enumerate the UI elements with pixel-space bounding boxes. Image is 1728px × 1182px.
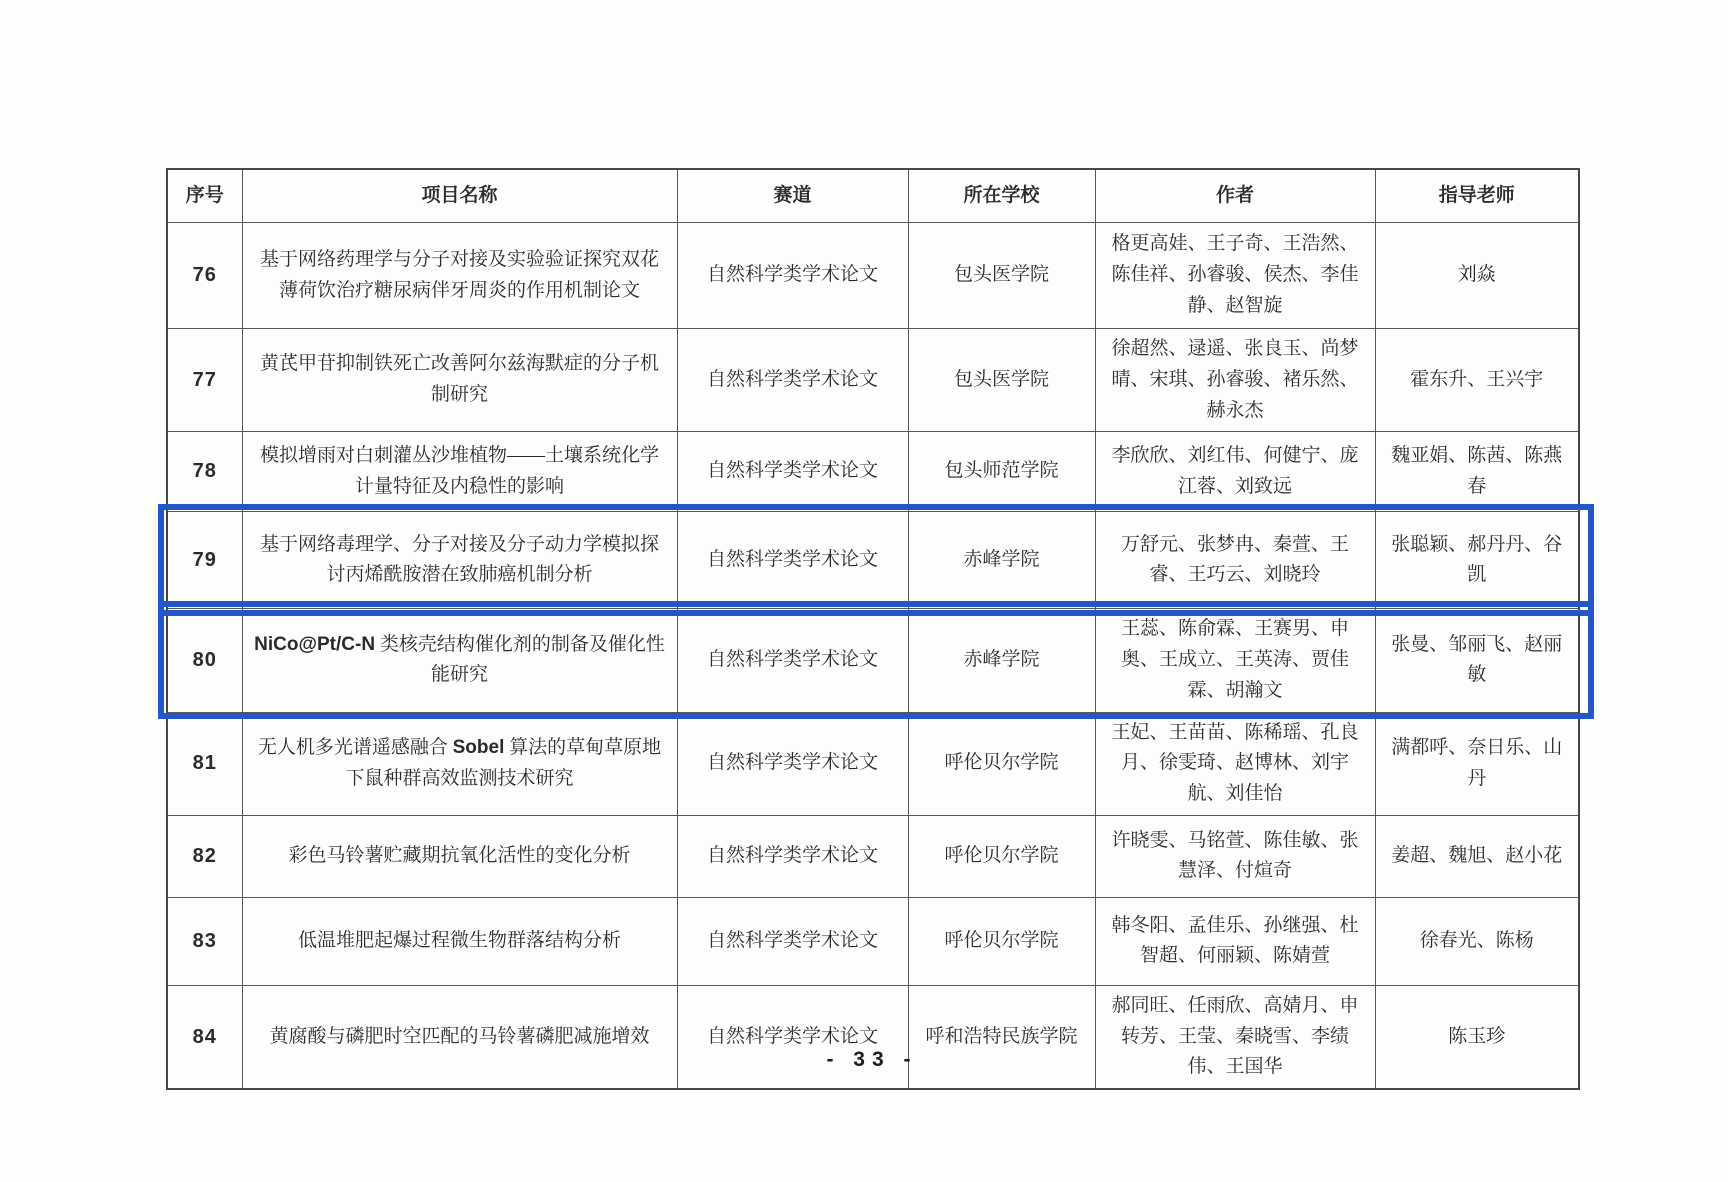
track-cell: 自然科学类学术论文 [677,712,908,815]
school-cell: 呼和浩特民族学院 [908,985,1095,1089]
serial-number-cell: 78 [167,432,242,512]
project-title-cell: 黄腐酸与磷肥时空匹配的马铃薯磷肥减施增效 [242,985,677,1089]
school-cell: 包头医学院 [908,223,1095,329]
header-school: 所在学校 [908,169,1095,223]
track-cell: 自然科学类学术论文 [677,512,908,609]
document-page: 序号 项目名称 赛道 所在学校 作者 指导老师 76 基于网络药理学与分子对接及… [0,0,1728,1182]
project-title-cell: NiCo@Pt/C-N 类核壳结构催化剂的制备及催化性能研究 [242,609,677,712]
table-header-row: 序号 项目名称 赛道 所在学校 作者 指导老师 [167,169,1579,223]
authors-cell: 王妃、王苗苗、陈稀瑶、孔良月、徐雯琦、赵博林、刘宇航、刘佳怡 [1095,712,1375,815]
table-row: 80 NiCo@Pt/C-N 类核壳结构催化剂的制备及催化性能研究 自然科学类学… [167,609,1579,712]
project-title-cell: 低温堆肥起爆过程微生物群落结构分析 [242,897,677,985]
authors-cell: 李欣欣、刘红伟、何健宁、庞江蓉、刘致远 [1095,432,1375,512]
advisors-cell: 陈玉珍 [1375,985,1579,1089]
track-cell: 自然科学类学术论文 [677,815,908,897]
header-authors: 作者 [1095,169,1375,223]
project-title-cell: 彩色马铃薯贮藏期抗氧化活性的变化分析 [242,815,677,897]
advisors-cell: 徐春光、陈杨 [1375,897,1579,985]
project-title-cell: 模拟增雨对白刺灌丛沙堆植物——土壤系统化学计量特征及内稳性的影响 [242,432,677,512]
serial-number-cell: 76 [167,223,242,329]
advisors-cell: 姜超、魏旭、赵小花 [1375,815,1579,897]
table-row: 78 模拟增雨对白刺灌丛沙堆植物——土壤系统化学计量特征及内稳性的影响 自然科学… [167,432,1579,512]
header-serial-number: 序号 [167,169,242,223]
authors-cell: 韩冬阳、孟佳乐、孙继强、杜智超、何丽颖、陈婧萱 [1095,897,1375,985]
serial-number-cell: 82 [167,815,242,897]
school-cell: 呼伦贝尔学院 [908,897,1095,985]
table-row: 79 基于网络毒理学、分子对接及分子动力学模拟探讨丙烯酰胺潜在致肺癌机制分析 自… [167,512,1579,609]
track-cell: 自然科学类学术论文 [677,329,908,432]
school-cell: 包头医学院 [908,329,1095,432]
authors-cell: 徐超然、逯遥、张良玉、尚梦晴、宋琪、孙睿骏、褚乐然、赫永杰 [1095,329,1375,432]
table-row: 83 低温堆肥起爆过程微生物群落结构分析 自然科学类学术论文 呼伦贝尔学院 韩冬… [167,897,1579,985]
serial-number-cell: 81 [167,712,242,815]
project-title-cell: 黄芪甲苷抑制铁死亡改善阿尔兹海默症的分子机制研究 [242,329,677,432]
table-row: 81 无人机多光谱遥感融合 Sobel 算法的草甸草原地下鼠种群高效监测技术研究… [167,712,1579,815]
table-row: 84 黄腐酸与磷肥时空匹配的马铃薯磷肥减施增效 自然科学类学术论文 呼和浩特民族… [167,985,1579,1089]
advisors-cell: 魏亚娟、陈茜、陈燕春 [1375,432,1579,512]
school-cell: 呼伦贝尔学院 [908,815,1095,897]
school-cell: 赤峰学院 [908,609,1095,712]
serial-number-cell: 83 [167,897,242,985]
school-cell: 呼伦贝尔学院 [908,712,1095,815]
advisors-cell: 满都呼、奈日乐、山丹 [1375,712,1579,815]
advisors-cell: 刘焱 [1375,223,1579,329]
advisors-cell: 霍东升、王兴宇 [1375,329,1579,432]
project-title-cell: 基于网络药理学与分子对接及实验验证探究双花薄荷饮治疗糖尿病伴牙周炎的作用机制论文 [242,223,677,329]
project-title-cell: 无人机多光谱遥感融合 Sobel 算法的草甸草原地下鼠种群高效监测技术研究 [242,712,677,815]
serial-number-cell: 79 [167,512,242,609]
school-cell: 包头师范学院 [908,432,1095,512]
header-track: 赛道 [677,169,908,223]
authors-cell: 万舒元、张梦冉、秦萱、王睿、王巧云、刘晓玲 [1095,512,1375,609]
table-row: 77 黄芪甲苷抑制铁死亡改善阿尔兹海默症的分子机制研究 自然科学类学术论文 包头… [167,329,1579,432]
authors-cell: 王蕊、陈俞霖、王赛男、申奥、王成立、王英涛、贾佳霖、胡瀚文 [1095,609,1375,712]
track-cell: 自然科学类学术论文 [677,223,908,329]
project-title-cell: 基于网络毒理学、分子对接及分子动力学模拟探讨丙烯酰胺潜在致肺癌机制分析 [242,512,677,609]
table-row: 82 彩色马铃薯贮藏期抗氧化活性的变化分析 自然科学类学术论文 呼伦贝尔学院 许… [167,815,1579,897]
track-cell: 自然科学类学术论文 [677,432,908,512]
award-list-table: 序号 项目名称 赛道 所在学校 作者 指导老师 76 基于网络药理学与分子对接及… [166,168,1580,1090]
advisors-cell: 张曼、邹丽飞、赵丽敏 [1375,609,1579,712]
page-number: - 33 - [166,1048,1578,1072]
table-row: 76 基于网络药理学与分子对接及实验验证探究双花薄荷饮治疗糖尿病伴牙周炎的作用机… [167,223,1579,329]
authors-cell: 许晓雯、马铭萱、陈佳敏、张慧泽、付煊奇 [1095,815,1375,897]
serial-number-cell: 84 [167,985,242,1089]
serial-number-cell: 77 [167,329,242,432]
track-cell: 自然科学类学术论文 [677,609,908,712]
track-cell: 自然科学类学术论文 [677,897,908,985]
track-cell: 自然科学类学术论文 [677,985,908,1089]
header-project-name: 项目名称 [242,169,677,223]
advisors-cell: 张聪颖、郝丹丹、谷凯 [1375,512,1579,609]
serial-number-cell: 80 [167,609,242,712]
authors-cell: 郝同旺、任雨欣、高婧月、申转芳、王莹、秦晓雪、李绩伟、王国华 [1095,985,1375,1089]
school-cell: 赤峰学院 [908,512,1095,609]
header-advisors: 指导老师 [1375,169,1579,223]
authors-cell: 格更高娃、王子奇、王浩然、陈佳祥、孙睿骏、侯杰、李佳静、赵智旋 [1095,223,1375,329]
